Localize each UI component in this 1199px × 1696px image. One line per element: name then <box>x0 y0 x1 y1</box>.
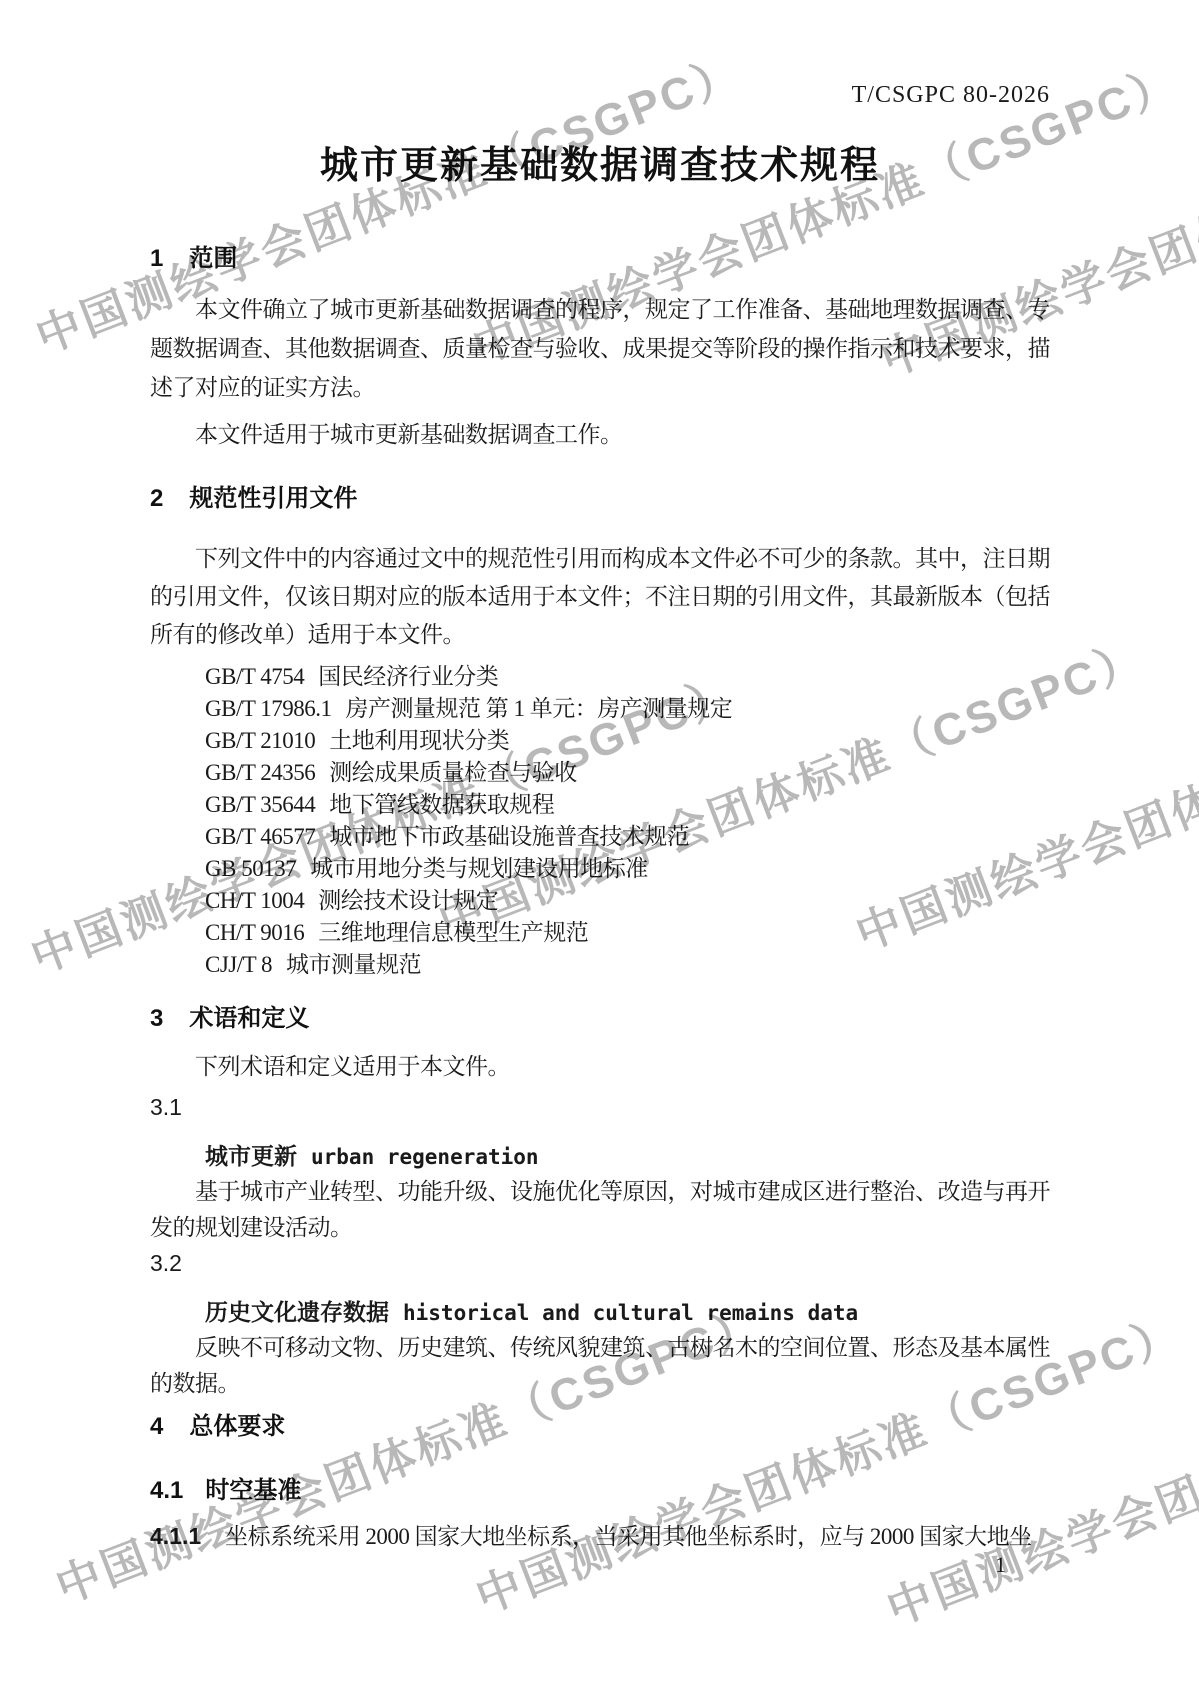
document-page: 中国测绘学会团体标准（CSGPC）中国测绘学会团体标准（CSGPC）中国测绘学会… <box>0 0 1199 1696</box>
reference-item: GB/T 35644地下管线数据获取规程 <box>205 786 1050 819</box>
reference-item: CH/T 1004测绘技术设计规定 <box>205 882 1050 915</box>
section-1-title: 范围 <box>189 245 237 272</box>
section-2-number: 2 <box>150 485 163 513</box>
term-2-zh: 历史文化遗存数据 <box>205 1299 389 1325</box>
section-4-1-title: 时空基准 <box>205 1477 301 1504</box>
clause-4-1-1: 4.1.1坐标系统采用 2000 国家大地坐标系，当采用其他坐标系时，应与 20… <box>150 1518 1050 1551</box>
section-4-title: 总体要求 <box>189 1413 285 1440</box>
reference-item: GB 50137城市用地分类与规划建设用地标准 <box>205 850 1050 883</box>
page-number: 1 <box>995 1552 1006 1578</box>
reference-item: CH/T 9016三维地理信息模型生产规范 <box>205 914 1050 947</box>
standard-ref-number: T/CSGPC 80-2026 <box>150 82 1050 109</box>
term-2-name: 历史文化遗存数据historical and cultural remains … <box>150 1294 1105 1327</box>
scope-applicability: 本文件适用于城市更新基础数据调查工作。 <box>150 416 1050 449</box>
section-2-title: 规范性引用文件 <box>189 485 357 512</box>
term-1-zh: 城市更新 <box>205 1143 297 1169</box>
reference-item: GB/T 4754国民经济行业分类 <box>205 658 1050 691</box>
reference-item: GB/T 17986.1房产测量规范 第 1 单元：房产测量规定 <box>205 690 1050 723</box>
section-3-heading: 3术语和定义 <box>150 998 1050 1033</box>
terms-intro: 下列术语和定义适用于本文件。 <box>150 1048 1050 1081</box>
term-1-en: urban regeneration <box>311 1145 539 1169</box>
section-3-number: 3 <box>150 1005 163 1033</box>
term-1-name: 城市更新urban regeneration <box>150 1138 1105 1171</box>
reference-item: GB/T 24356测绘成果质量检查与验收 <box>205 754 1050 787</box>
section-3-title: 术语和定义 <box>189 1005 309 1032</box>
term-1-label: 3.1 <box>150 1094 1050 1121</box>
reference-item: CJJ/T 8城市测量规范 <box>205 946 1050 979</box>
section-4-heading: 4总体要求 <box>150 1406 1050 1441</box>
scope-paragraph: 本文件确立了城市更新基础数据调查的程序，规定了工作准备、基础地理数据调查、专题数… <box>150 290 1050 407</box>
section-4-1-number: 4.1 <box>150 1477 183 1505</box>
section-1-number: 1 <box>150 245 163 273</box>
section-1-heading: 1范围 <box>150 238 1050 273</box>
term-2-en: historical and cultural remains data <box>403 1301 858 1325</box>
clause-4-1-1-number: 4.1.1 <box>150 1523 201 1549</box>
clause-4-1-1-text: 坐标系统采用 2000 国家大地坐标系，当采用其他坐标系时，应与 2000 国家… <box>225 1524 1032 1549</box>
section-4-number: 4 <box>150 1413 163 1441</box>
reference-item: GB/T 46577城市地下市政基础设施普查技术规范 <box>205 818 1050 851</box>
normative-references-intro: 下列文件中的内容通过文中的规范性引用而构成本文件必不可少的条款。其中，注日期的引… <box>150 540 1050 654</box>
reference-item: GB/T 21010土地利用现状分类 <box>205 722 1050 755</box>
term-2-definition: 反映不可移动文物、历史建筑、传统风貌建筑、古树名木的空间位置、形态及基本属性的数… <box>150 1330 1050 1402</box>
section-4-1-heading: 4.1时空基准 <box>150 1470 1050 1505</box>
section-2-heading: 2规范性引用文件 <box>150 478 1050 513</box>
document-title: 城市更新基础数据调查技术规程 <box>150 134 1050 189</box>
term-2-label: 3.2 <box>150 1250 1050 1277</box>
term-1-definition: 基于城市产业转型、功能升级、设施优化等原因，对城市建成区进行整治、改造与再开发的… <box>150 1174 1050 1246</box>
